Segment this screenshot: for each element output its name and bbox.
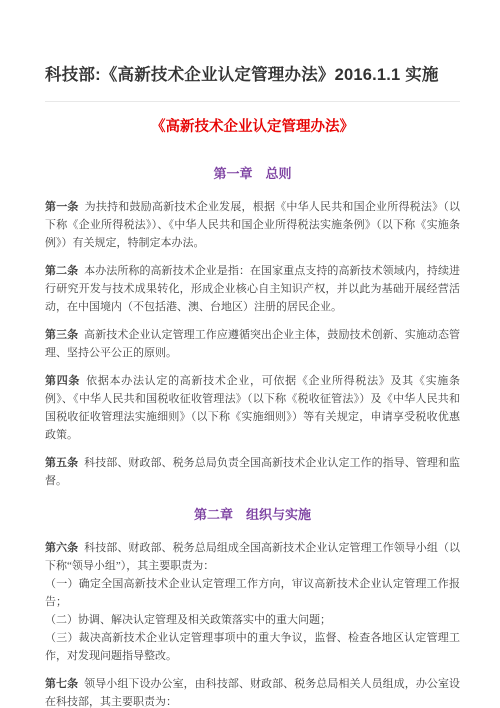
- article-3: 第三条高新技术企业认定管理工作应遵循突出企业主体，鼓励技术创新、实施动态管理、坚…: [45, 326, 460, 362]
- chapter-1-heading: 第一章 总则: [45, 164, 460, 183]
- article-7-text: 领导小组下设办公室，由科技部、财政部、税务总局相关人员组成，办公室设在科技部，其…: [45, 678, 460, 708]
- article-5-text: 科技部、财政部、税务总局负责全国高新技术企业认定工作的指导、管理和监督。: [45, 457, 460, 487]
- article-5: 第五条科技部、财政部、税务总局负责全国高新技术企业认定工作的指导、管理和监督。: [45, 454, 460, 490]
- article-1: 第一条为扶持和鼓励高新技术企业发展，根据《中华人民共和国企业所得税法》（以下称《…: [45, 198, 460, 252]
- article-4-text: 依据本办法认定的高新技术企业，可依据《企业所得税法》及其《实施条例》、《中华人民…: [45, 375, 460, 441]
- article-6-text: 科技部、财政部、税务总局组成全国高新技术企业认定管理工作领导小组（以下称“领导小…: [45, 542, 460, 662]
- article-4: 第四条依据本办法认定的高新技术企业，可依据《企业所得税法》及其《实施条例》、《中…: [45, 372, 460, 444]
- page: 科技部:《高新技术企业认定管理办法》2016.1.1 实施 《高新技术企业认定管…: [0, 0, 500, 708]
- article-1-text: 为扶持和鼓励高新技术企业发展，根据《中华人民共和国企业所得税法》（以下称《企业所…: [45, 201, 460, 249]
- article-2-label: 第二条: [45, 265, 78, 277]
- article-3-label: 第三条: [45, 329, 78, 341]
- divider: [45, 101, 460, 102]
- article-7-label: 第七条: [45, 678, 78, 690]
- chapter-2-heading: 第二章 组织与实施: [45, 505, 460, 524]
- article-6-label: 第六条: [45, 542, 78, 554]
- article-7: 第七条领导小组下设办公室，由科技部、财政部、税务总局相关人员组成，办公室设在科技…: [45, 675, 460, 708]
- article-2-text: 本办法所称的高新技术企业是指：在国家重点支持的高新技术领域内，持续进行研究开发与…: [45, 265, 460, 313]
- article-3-text: 高新技术企业认定管理工作应遵循突出企业主体，鼓励技术创新、实施动态管理、坚持公平…: [45, 329, 460, 359]
- article-2: 第二条本办法所称的高新技术企业是指：在国家重点支持的高新技术领域内，持续进行研究…: [45, 262, 460, 316]
- article-4-label: 第四条: [45, 375, 80, 387]
- page-title: 科技部:《高新技术企业认定管理办法》2016.1.1 实施: [45, 64, 460, 86]
- article-6: 第六条科技部、财政部、税务总局组成全国高新技术企业认定管理工作领导小组（以下称“…: [45, 539, 460, 665]
- article-1-label: 第一条: [45, 201, 79, 213]
- document-title: 《高新技术企业认定管理办法》: [45, 118, 460, 138]
- article-5-label: 第五条: [45, 457, 78, 469]
